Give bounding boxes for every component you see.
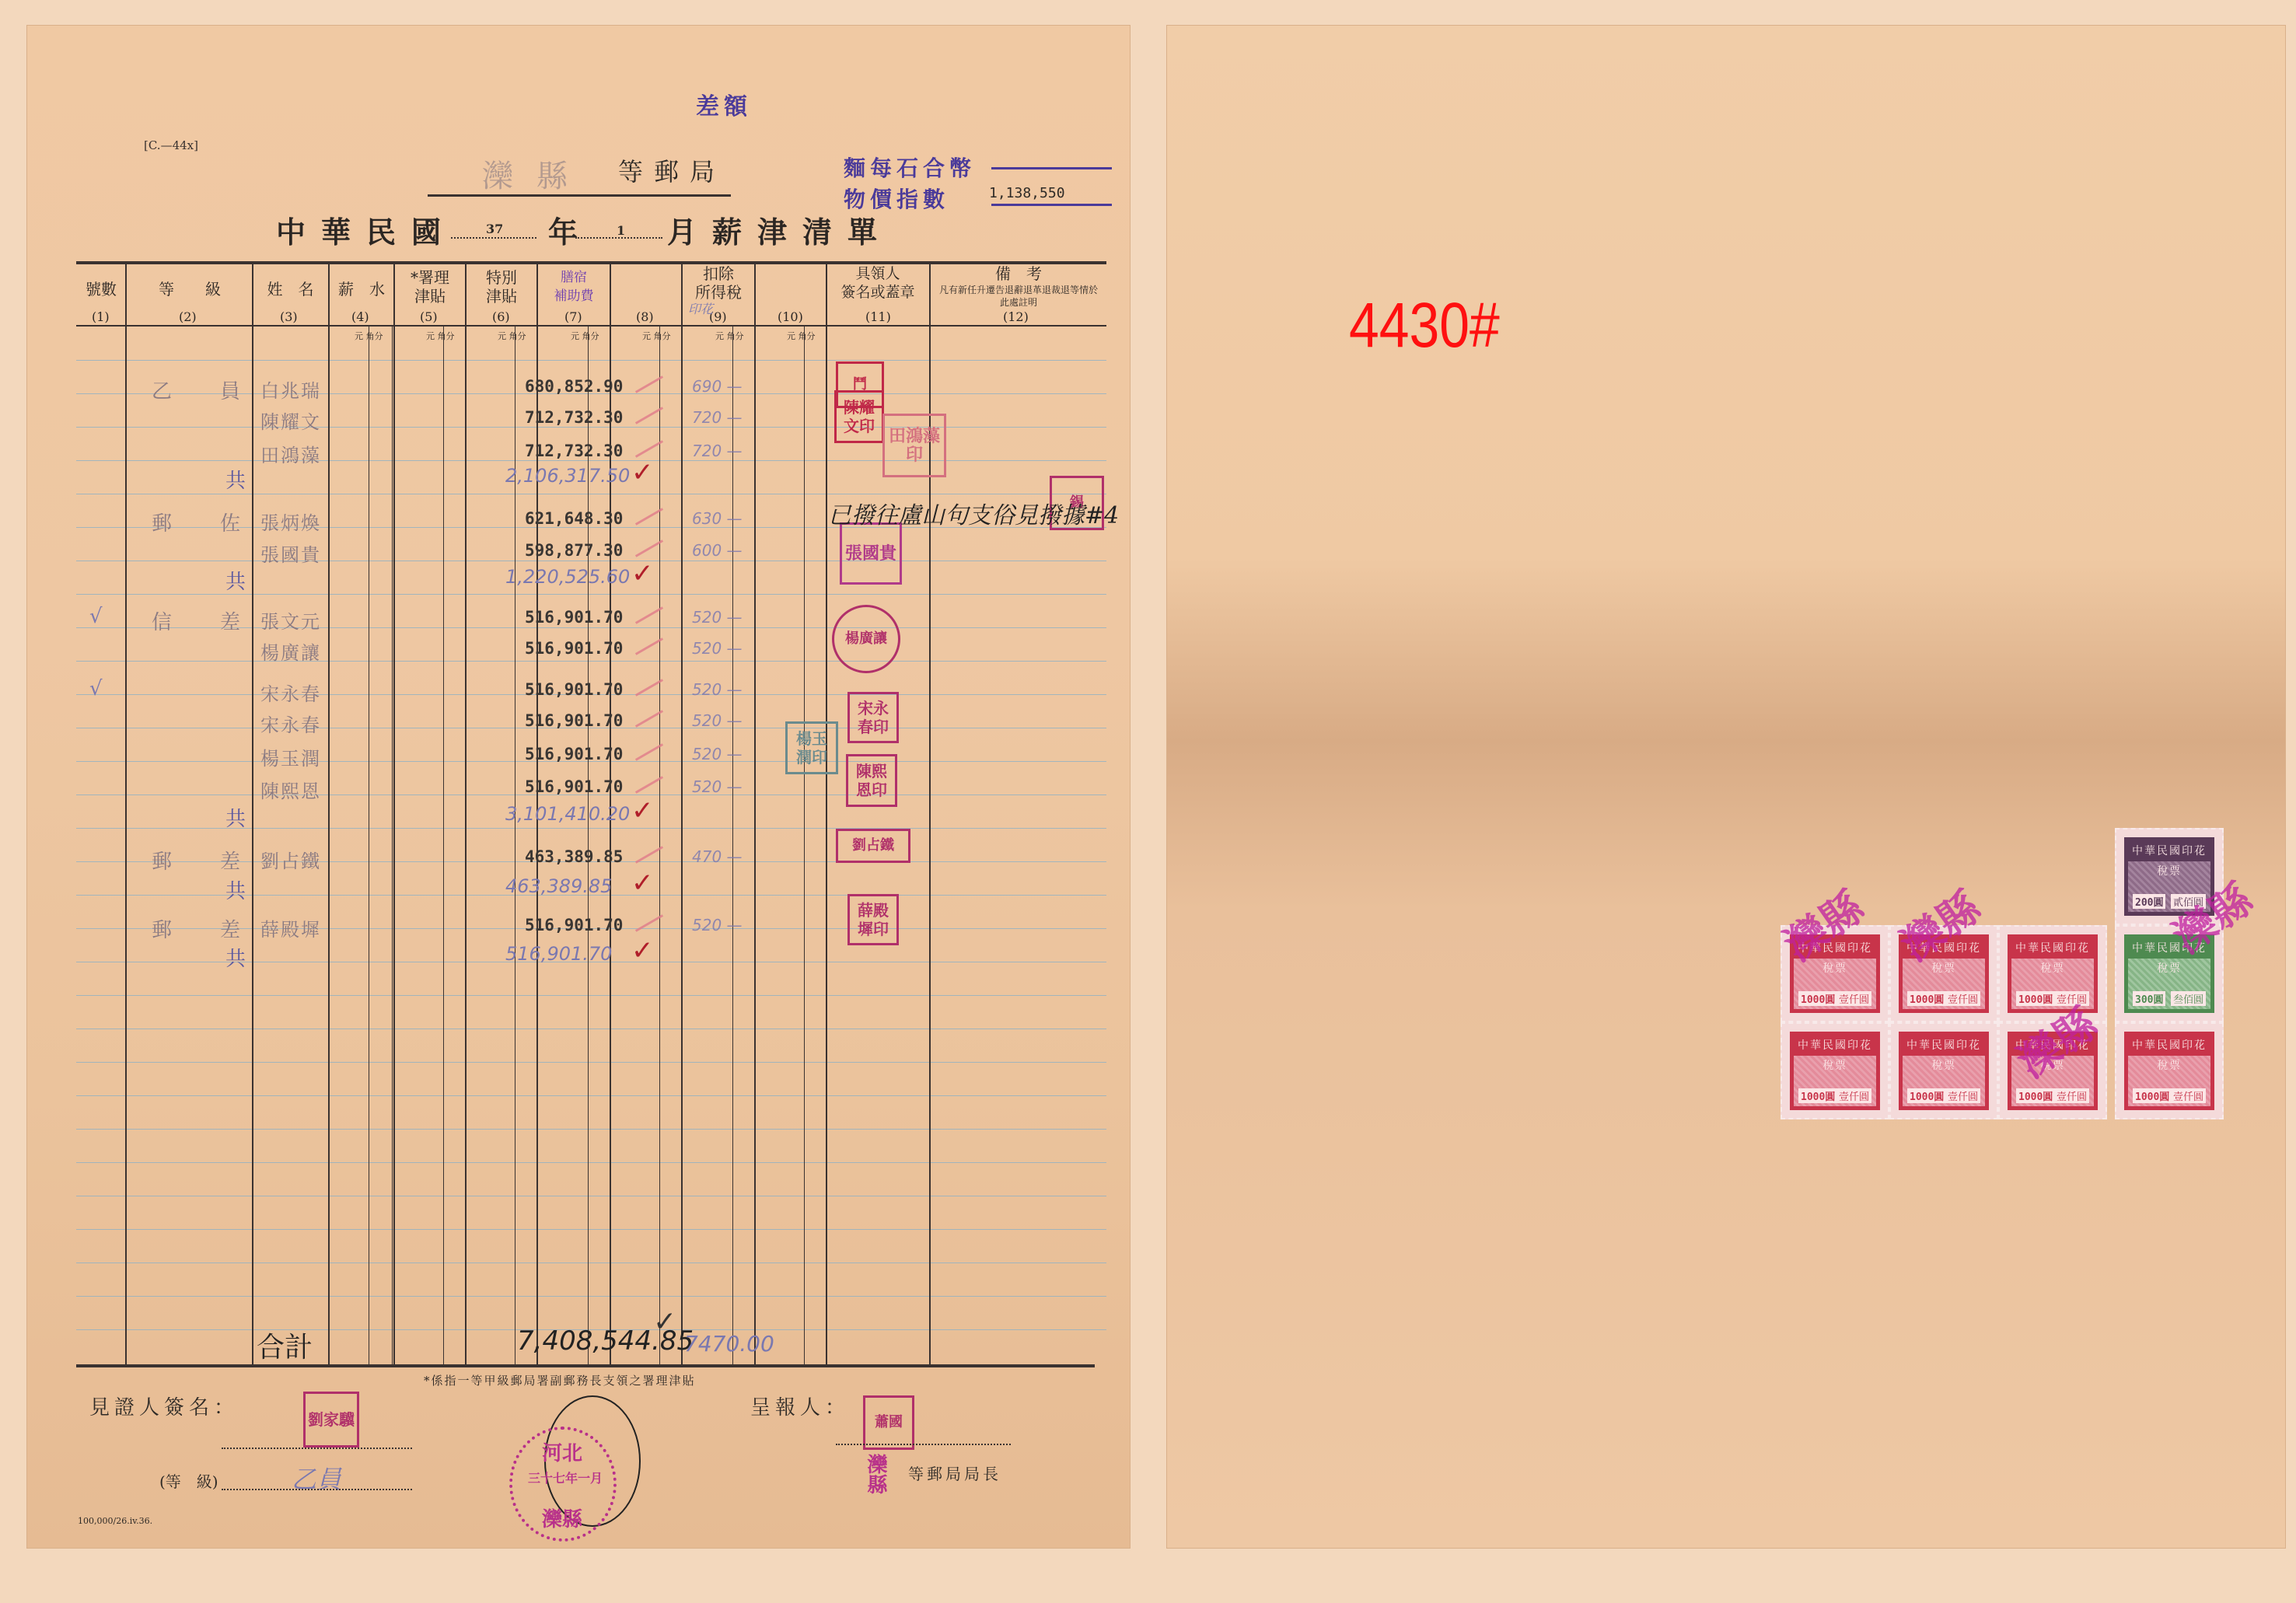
ruled-line	[76, 1029, 1106, 1029]
witness-grade: 乙員	[292, 1460, 341, 1496]
stamp-value-text: 叁佰圓	[2171, 991, 2206, 1006]
col-header-5: *署理 津貼	[395, 268, 465, 306]
revenue-stamp: 中華民國印花稅票1000圓壹仟圓	[1889, 1022, 1998, 1119]
row-stamp-tax: 520 —	[692, 916, 743, 934]
row-rank: 共	[225, 566, 246, 595]
grade-line	[222, 1489, 412, 1490]
stamp-legend: 中華民國印花稅票	[1794, 1035, 1876, 1056]
col-header-2: 等 級	[128, 280, 251, 299]
subcol-4b	[392, 327, 393, 1364]
stamp-value: 1000圓	[2133, 1088, 2172, 1103]
col-num-3: (3)	[280, 309, 298, 324]
col-num-7: (7)	[564, 309, 582, 324]
office-name-handwritten: 灤縣	[482, 152, 591, 196]
stamp-legend: 中華民國印花稅票	[2011, 938, 2094, 959]
row-stamp-tax: 600 —	[692, 541, 743, 560]
check-icon: ✓	[631, 868, 654, 899]
stamp-value-text: 壹仟圓	[1945, 991, 1980, 1006]
check-icon: ✓	[631, 558, 654, 589]
row-name: 田鴻藻	[260, 440, 321, 467]
difference-stamp: 差額	[696, 87, 752, 121]
row-stamp-tax: 720 —	[692, 408, 743, 427]
row-amount: 712,732.30	[525, 442, 623, 460]
units-9: 元 角分	[715, 330, 744, 342]
ruled-line	[76, 1062, 1106, 1063]
col-num-1: (1)	[92, 309, 110, 324]
ruled-line	[76, 1095, 1106, 1096]
units-6: 元 角分	[498, 330, 526, 342]
units-7: 元 角分	[571, 330, 599, 342]
title-suffix: 月薪津清單	[667, 208, 893, 251]
title-prefix: 中華民國	[276, 208, 456, 251]
row-subtotal: 516,901.70	[505, 943, 612, 965]
row-stamp-tax: 470 —	[692, 847, 743, 866]
postmark-date: 三十七年一月	[528, 1469, 603, 1486]
month-dotline	[575, 237, 662, 239]
col-header-7: 膳宿 補助費	[538, 268, 610, 306]
ruled-line	[76, 1296, 1106, 1297]
seal-chen-xien: 陳熙恩印	[846, 754, 897, 807]
row-name: 楊玉潤	[260, 743, 321, 770]
row-check-mark: √	[89, 605, 103, 628]
row-stamp-tax: 630 —	[692, 509, 743, 528]
row-name: 宋永春	[260, 679, 321, 706]
row-stamp-tax: 520 —	[692, 680, 743, 699]
check-icon: ✓	[631, 457, 654, 488]
price-index-rule-1	[991, 167, 1112, 169]
revenue-stamp: 中華民國印花稅票1000圓壹仟圓	[2115, 1022, 2224, 1119]
stamp-value-text: 壹仟圓	[1836, 1088, 1871, 1103]
stamp-frame: 中華民國印花稅票1000圓壹仟圓	[1899, 1032, 1989, 1110]
row-stamp-tax: 520 —	[692, 639, 743, 658]
row-stamp-tax: 520 —	[692, 711, 743, 730]
subcol-9	[732, 327, 733, 1364]
office-underline	[428, 194, 731, 197]
seal-yang-yurun: 楊玉潤印	[785, 721, 838, 774]
seal-zhang-guogui: 張國貴	[840, 522, 902, 585]
row-stamp-tax: 520 —	[692, 745, 743, 763]
seal-liu: 劉占鐵	[836, 829, 910, 863]
postmark-top: 河北	[542, 1437, 582, 1466]
row-name: 楊廣讓	[260, 637, 321, 665]
col-line-3	[328, 264, 330, 1364]
units-8: 元 角分	[642, 330, 671, 342]
stamp-frame: 中華民國印花稅票1000圓壹仟圓	[1790, 1032, 1880, 1110]
ruled-line	[76, 1229, 1106, 1230]
reporter-title: 等郵局局長	[908, 1462, 1001, 1484]
col-line-2	[252, 264, 253, 1364]
row-subtotal: 2,106,317.50	[505, 465, 630, 487]
subcol-4	[369, 327, 369, 1364]
row-amount: 516,901.70	[525, 711, 623, 730]
col-header-1: 號數	[78, 280, 124, 299]
stamp-value: 1000圓	[2016, 1088, 2055, 1103]
ruled-line	[76, 360, 1106, 361]
check-icon: ✓	[631, 795, 654, 826]
stamp-value: 1000圓	[1907, 991, 1946, 1006]
header-bottom-rule	[76, 325, 1106, 327]
row-rank: 共	[225, 875, 246, 904]
row-amount: 516,901.70	[525, 680, 623, 699]
ruled-line	[76, 427, 1106, 428]
row-amount: 621,648.30	[525, 509, 623, 528]
row-amount: 516,901.70	[525, 916, 623, 934]
total-label: 合計	[257, 1325, 313, 1365]
row-amount: 463,389.85	[525, 847, 623, 866]
reporter-line	[836, 1444, 1011, 1445]
stamp-value-text: 壹仟圓	[1836, 991, 1871, 1006]
col-line-4	[393, 264, 395, 1364]
row-name: 張文元	[260, 606, 321, 634]
col-header-6: 特別 津貼	[467, 268, 536, 306]
stamp-value: 1000圓	[1907, 1088, 1946, 1103]
col-num-5: (5)	[420, 309, 438, 324]
postmark: 河北 三十七年一月 灤縣	[509, 1427, 617, 1542]
row-amount: 516,901.70	[525, 777, 623, 796]
row-stamp-tax: 720 —	[692, 442, 743, 460]
reporter-seal: 蕭國	[863, 1395, 914, 1450]
col-header-12-note: 凡有新任升遷告退辭退革退裁退等情於此處註明	[937, 284, 1100, 309]
ruled-line	[76, 995, 1106, 996]
col-header-12: 備 考	[933, 264, 1104, 283]
row-amount: 680,852.90	[525, 377, 623, 396]
seal-xue-dianchi: 薛殿墀印	[847, 894, 899, 945]
row-amount: 516,901.70	[525, 639, 623, 658]
col-num-6: (6)	[492, 309, 510, 324]
col-line-10	[826, 264, 827, 1364]
footnote: *係指一等甲級郵局署副郵務長支領之署理津貼	[424, 1372, 696, 1388]
row-name: 劉占鐵	[260, 846, 321, 873]
row-name: 張炳煥	[260, 508, 321, 535]
ruled-line	[76, 494, 1106, 494]
office-suffix: 等郵局	[618, 152, 725, 188]
ruled-line	[76, 460, 1106, 461]
reporter-office-stamp: 灤縣	[861, 1454, 890, 1494]
ruled-line	[76, 1129, 1106, 1130]
table-bottom-rule	[76, 1364, 1095, 1367]
row-amount: 516,901.70	[525, 608, 623, 627]
ruled-line	[76, 561, 1106, 561]
total-stamp-tax: 7470.00	[684, 1331, 774, 1357]
col-num-10: (10)	[778, 309, 803, 324]
stamp-value: 200圓	[2133, 894, 2165, 909]
col-header-9: 扣除 所得稅	[683, 264, 754, 302]
witness-line	[222, 1448, 412, 1449]
row-subtotal: 3,101,410.20	[505, 803, 630, 825]
row-rank: 共	[225, 465, 246, 494]
seal-round: 楊廣讓	[832, 605, 900, 673]
print-code: 100,000/26.iv.36.	[78, 1516, 152, 1526]
row-rank: 郵 佐	[152, 508, 254, 536]
reverse-side	[1166, 25, 2286, 1549]
seal-tian-hongzao: 田鴻藻印	[882, 414, 946, 477]
price-index-value: 1,138,550	[989, 185, 1065, 201]
stamp-value: 1000圓	[1798, 991, 1837, 1006]
row-name: 陳熙恩	[260, 776, 321, 803]
ruled-line	[76, 1162, 1106, 1163]
witness-seal: 劉家驥	[303, 1392, 359, 1448]
col-line-1	[125, 264, 127, 1364]
col-num-8: (8)	[636, 309, 654, 324]
col-num-11: (11)	[865, 309, 891, 324]
title-year-label: 年	[548, 208, 593, 251]
subcol-10	[804, 327, 805, 1364]
year-dotline	[451, 237, 536, 239]
total-check-icon: ✓	[653, 1306, 676, 1338]
col-line-5	[465, 264, 467, 1364]
ruled-line	[76, 661, 1106, 662]
row-stamp-tax: 520 —	[692, 608, 743, 627]
stamp-legend: 中華民國印花稅票	[2128, 841, 2210, 861]
stamp-value-text: 壹仟圓	[2171, 1088, 2206, 1103]
stamp-value-text: 壹仟圓	[1945, 1088, 1980, 1103]
col-line-8	[681, 264, 683, 1364]
col-header-11: 具領人 簽名或蓋章	[827, 264, 928, 302]
units-5: 元 角分	[426, 330, 455, 342]
price-index-rule-2	[991, 204, 1112, 206]
stamp-legend: 中華民國印花稅票	[1903, 1035, 1985, 1056]
row-amount: 598,877.30	[525, 541, 623, 560]
row-subtotal: 1,220,525.60	[505, 566, 630, 588]
row-stamp-tax: 520 —	[692, 777, 743, 796]
grade-label: (等 級)	[159, 1469, 218, 1492]
stamp-value-text: 壹仟圓	[2054, 1088, 2089, 1103]
row-stamp-tax: 690 —	[692, 377, 743, 396]
price-index-line1: 麵每石合幣	[844, 152, 976, 183]
col-line-9	[754, 264, 756, 1364]
row-name: 白兆瑞	[260, 375, 321, 403]
col-num-2: (2)	[179, 309, 197, 324]
stamp-value: 1000圓	[1798, 1088, 1837, 1103]
units-4: 元 角分	[355, 330, 383, 342]
col-header-4: 薪 水	[330, 280, 393, 299]
ruled-line	[76, 1196, 1106, 1196]
reporter-label: 呈報人：	[750, 1392, 850, 1420]
check-icon: ✓	[631, 935, 654, 966]
stamp-legend: 中華民國印花稅票	[2128, 1035, 2210, 1056]
form-code: [C.—44x]	[144, 138, 198, 152]
postmark-bottom: 灤縣	[542, 1503, 582, 1532]
stamp-value: 1000圓	[2016, 991, 2055, 1006]
subcol-8	[659, 327, 660, 1364]
subcol-5	[443, 327, 444, 1364]
side-note: 已撥往盧山句支俗見撥據#4	[828, 496, 1119, 530]
title-year: 37	[486, 222, 503, 236]
tax-column-annotation: 印花	[688, 299, 713, 317]
row-name: 薛殿墀	[260, 914, 321, 941]
row-rank: 乙 員	[152, 375, 254, 404]
row-rank: 郵 差	[152, 914, 254, 943]
stamp-frame: 中華民國印花稅票1000圓壹仟圓	[2124, 1032, 2214, 1110]
stamp-frame: 中華民國印花稅票1000圓壹仟圓	[2008, 934, 2098, 1013]
col-num-4: (4)	[351, 309, 369, 324]
row-name: 陳耀文	[260, 407, 321, 434]
row-rank: 共	[225, 943, 246, 972]
row-subtotal: 463,389.85	[505, 875, 612, 897]
row-amount: 516,901.70	[525, 745, 623, 763]
row-name: 張國貴	[260, 540, 321, 567]
seal-chen-yaowen: 陳耀文印	[834, 390, 884, 443]
witness-label: 見證人簽名：	[89, 1392, 239, 1420]
col-header-3: 姓 名	[253, 280, 327, 299]
revenue-stamp: 中華民國印花稅票1000圓壹仟圓	[1781, 1022, 1889, 1119]
row-rank: 郵 差	[152, 846, 254, 875]
ruled-line	[76, 1262, 1106, 1263]
row-rank: 共	[225, 803, 246, 832]
catalog-number: 4430#	[1349, 289, 1500, 362]
row-rank: 信 差	[152, 606, 254, 635]
row-name: 宋永春	[260, 710, 321, 737]
title-month: 1	[617, 223, 625, 238]
stamp-value: 300圓	[2133, 991, 2165, 1006]
units-10: 元 角分	[787, 330, 816, 342]
col-num-12: (12)	[1003, 309, 1029, 324]
row-check-mark: √	[89, 677, 103, 700]
seal-song-yongchun: 宋永春印	[847, 692, 899, 743]
row-amount: 712,732.30	[525, 408, 623, 427]
